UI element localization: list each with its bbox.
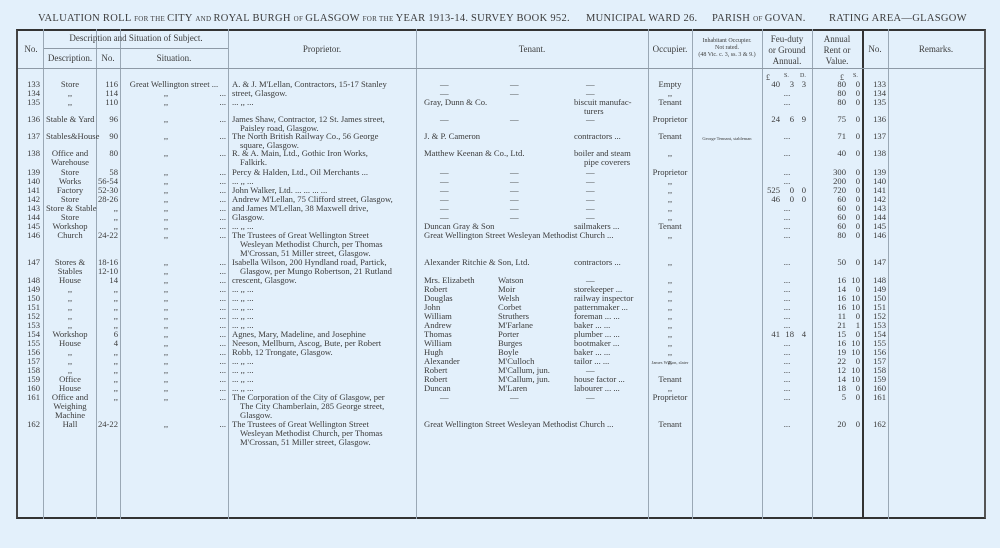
tenant-occupation: contractors ... <box>574 258 621 267</box>
occupier: Proprietor <box>648 115 692 124</box>
description: ,, <box>46 98 94 107</box>
tenant-occupation: — <box>586 115 595 124</box>
header-divider <box>18 68 984 69</box>
street-number: 90 <box>96 132 118 141</box>
row-number: 162 <box>18 420 40 429</box>
tenant-surname: — <box>510 213 519 222</box>
rent-pounds: 75 <box>812 115 846 124</box>
situation-dots: ... <box>212 115 226 124</box>
rent-shillings: 0 <box>848 132 860 141</box>
occupier: Proprietor <box>648 393 692 402</box>
rent-shillings: 0 <box>848 420 860 429</box>
feu-pounds: 40 <box>762 80 780 89</box>
rent-pounds: 18 <box>812 384 846 393</box>
header-inhabitant: Inhabitant Occupier. Not rated. (48 Vic.… <box>692 38 762 59</box>
situation-dots: ... <box>212 231 226 240</box>
situation: ,, <box>122 393 210 402</box>
feu-pence: 0 <box>796 195 806 204</box>
tenant-name: Matthew Keenan & Co., Ltd. <box>424 149 524 158</box>
proprietor-line-3: M'Crossan, 51 Miller street, Glasgow. <box>240 438 414 447</box>
rent-shillings: 0 <box>848 149 860 158</box>
ditto-mark: ,, <box>648 356 692 365</box>
rating-area: RATING AREA—GLASGOW <box>829 13 967 24</box>
row-number-right: 146 <box>864 231 886 240</box>
col-divider <box>228 29 229 519</box>
feu-pence: 4 <box>796 330 806 339</box>
situation: Great Wellington street ... <box>122 80 226 89</box>
street-number: ,, <box>96 393 118 402</box>
proprietor: ... ,, ... <box>232 294 414 303</box>
header-tenant: Tenant. <box>416 44 648 55</box>
row-number: 136 <box>18 115 40 124</box>
col-divider <box>888 29 889 519</box>
street-number: 110 <box>96 98 118 107</box>
feu-pounds: 46 <box>762 195 780 204</box>
tenant-name: Great Wellington Street Wesleyan Methodi… <box>424 231 613 240</box>
survey-book: SURVEY BOOK 952. <box>471 13 570 24</box>
occupier: Tenant <box>648 420 692 429</box>
feu-empty: ... <box>780 132 794 141</box>
rent-shillings: 0 <box>848 98 860 107</box>
row-number: 161 <box>18 393 40 402</box>
description: Church <box>46 231 94 240</box>
proprietor: ... ,, ... <box>232 357 414 366</box>
tenant-surname: — <box>510 89 519 98</box>
feu-empty: ... <box>780 393 794 402</box>
street-number: 96 <box>96 115 118 124</box>
proprietor: Glasgow. <box>232 213 414 222</box>
row-number: 146 <box>18 231 40 240</box>
situation: ,, <box>122 149 210 158</box>
rent-shillings: 0 <box>848 231 860 240</box>
header-divider <box>44 48 228 49</box>
proprietor: crescent, Glasgow. <box>232 276 414 285</box>
situation-dots: ... <box>212 393 226 402</box>
rent-pounds: 20 <box>812 420 846 429</box>
parish: PARISH OF GOVAN. <box>712 13 806 24</box>
feu-pounds: 24 <box>762 115 780 124</box>
row-number-right: 162 <box>864 420 886 429</box>
feu-empty: ... <box>780 149 794 158</box>
tenant-name: J. & P. Cameron <box>424 132 480 141</box>
header-desc-group: Description and Situation of Subject. <box>44 33 228 44</box>
feu-shillings: 6 <box>782 115 794 124</box>
header-remarks: Remarks. <box>888 44 984 55</box>
street-number: 24-22 <box>96 231 118 240</box>
tenant-occupation-2: pipe coverers <box>584 158 630 167</box>
situation: ,, <box>122 420 210 429</box>
header-feu-duty: Feu-duty or Ground Annual. <box>762 34 812 67</box>
header-occupier: Occupier. <box>648 44 692 55</box>
feu-empty: ... <box>780 258 794 267</box>
rent-pounds: 80 <box>812 231 846 240</box>
situation-dots: ... <box>212 149 226 158</box>
occupier: ,, <box>648 149 692 158</box>
tenant-occupation: contractors ... <box>574 132 621 141</box>
occupier: ,, <box>648 231 692 240</box>
feu-pence: 3 <box>796 80 806 89</box>
proprietor: ... ,, ... <box>232 366 414 375</box>
tenant-name: — <box>440 115 449 124</box>
feu-empty: ... <box>780 231 794 240</box>
tenant-occupation: labourer ... ... <box>574 384 620 393</box>
situation-dots: ... <box>212 98 226 107</box>
situation-dots: ... <box>212 420 226 429</box>
feu-pence: 9 <box>796 115 806 124</box>
description: Stable & Yard <box>46 115 94 124</box>
proprietor: ... ,, ... <box>232 375 414 384</box>
header-situation: Situation. <box>120 53 228 64</box>
proprietor: street, Glasgow. <box>232 89 414 98</box>
col-divider <box>416 29 417 519</box>
col-divider <box>692 29 693 519</box>
municipal-ward: MUNICIPAL WARD 26. <box>586 13 697 24</box>
row-number: 147 <box>18 258 40 267</box>
tenant-name: Gray, Dunn & Co. <box>424 98 487 107</box>
tenant-name: Great Wellington Street Wesleyan Methodi… <box>424 420 613 429</box>
row-number-right: 147 <box>864 258 886 267</box>
row-number: 137 <box>18 132 40 141</box>
description: Stables&House <box>46 132 94 141</box>
proprietor: Percy & Halden, Ltd., Oil Merchants ... <box>232 168 414 177</box>
rent-shillings: 0 <box>848 115 860 124</box>
rent-shillings: 0 <box>848 393 860 402</box>
header-number: No. <box>96 53 120 64</box>
feu-empty: ... <box>780 98 794 107</box>
proprietor: Robb, 12 Trongate, Glasgow. <box>232 348 414 357</box>
proprietor: ... ,, ... <box>232 312 414 321</box>
description: Hall <box>46 420 94 429</box>
title-valuation: VALUATION ROLL FOR THE CITY AND ROYAL BU… <box>38 13 468 24</box>
rent-pounds: 40 <box>812 149 846 158</box>
row-number-right: 135 <box>864 98 886 107</box>
feu-empty: ... <box>780 420 794 429</box>
tenant-occupation: — <box>586 393 595 402</box>
inhabitant-occupier: George Tennant, stableman <box>694 134 760 143</box>
tenant-surname: — <box>510 115 519 124</box>
row-number: 135 <box>18 98 40 107</box>
rent-pounds: 80 <box>812 98 846 107</box>
tenant-name: Alexander Ritchie & Son, Ltd. <box>424 258 530 267</box>
col-divider <box>762 29 763 519</box>
rent-pounds: 50 <box>812 258 846 267</box>
feu-pounds: 41 <box>762 330 780 339</box>
header-description: Description. <box>44 53 96 64</box>
header-annual-rent: Annual Rent or Value. <box>812 34 862 67</box>
street-number: 80 <box>96 149 118 158</box>
situation-dots: ... <box>212 132 226 141</box>
header-no: No. <box>18 44 44 55</box>
proprietor: ... ,, ... <box>232 285 414 294</box>
proprietor: ... ,, ... <box>232 303 414 312</box>
tenant-name: — <box>440 393 449 402</box>
row-number-right: 136 <box>864 115 886 124</box>
situation: ,, <box>122 98 210 107</box>
description-line-2: Warehouse <box>46 158 94 167</box>
tenant-surname: — <box>510 393 519 402</box>
occupier: Tenant <box>648 98 692 107</box>
row-number-right: 137 <box>864 132 886 141</box>
header-proprietor: Proprietor. <box>228 44 416 55</box>
shilling-unit: S. <box>784 73 789 79</box>
row-number-right: 161 <box>864 393 886 402</box>
proprietor-line-2: Falkirk. <box>240 158 414 167</box>
rent-shillings: 0 <box>848 258 860 267</box>
col-divider <box>120 29 121 519</box>
header-no-right: No. <box>862 44 888 55</box>
situation: ,, <box>122 132 210 141</box>
rent-pounds: 71 <box>812 132 846 141</box>
col-divider <box>43 29 44 519</box>
row-number-right: 138 <box>864 149 886 158</box>
occupier: Tenant <box>648 132 692 141</box>
situation: ,, <box>122 231 210 240</box>
occupier: ,, <box>648 258 692 267</box>
row-number: 138 <box>18 149 40 158</box>
situation: ,, <box>122 115 210 124</box>
rent-pounds: 5 <box>812 393 846 402</box>
proprietor: ... ,, ... <box>232 98 414 107</box>
street-number: 24-22 <box>96 420 118 429</box>
